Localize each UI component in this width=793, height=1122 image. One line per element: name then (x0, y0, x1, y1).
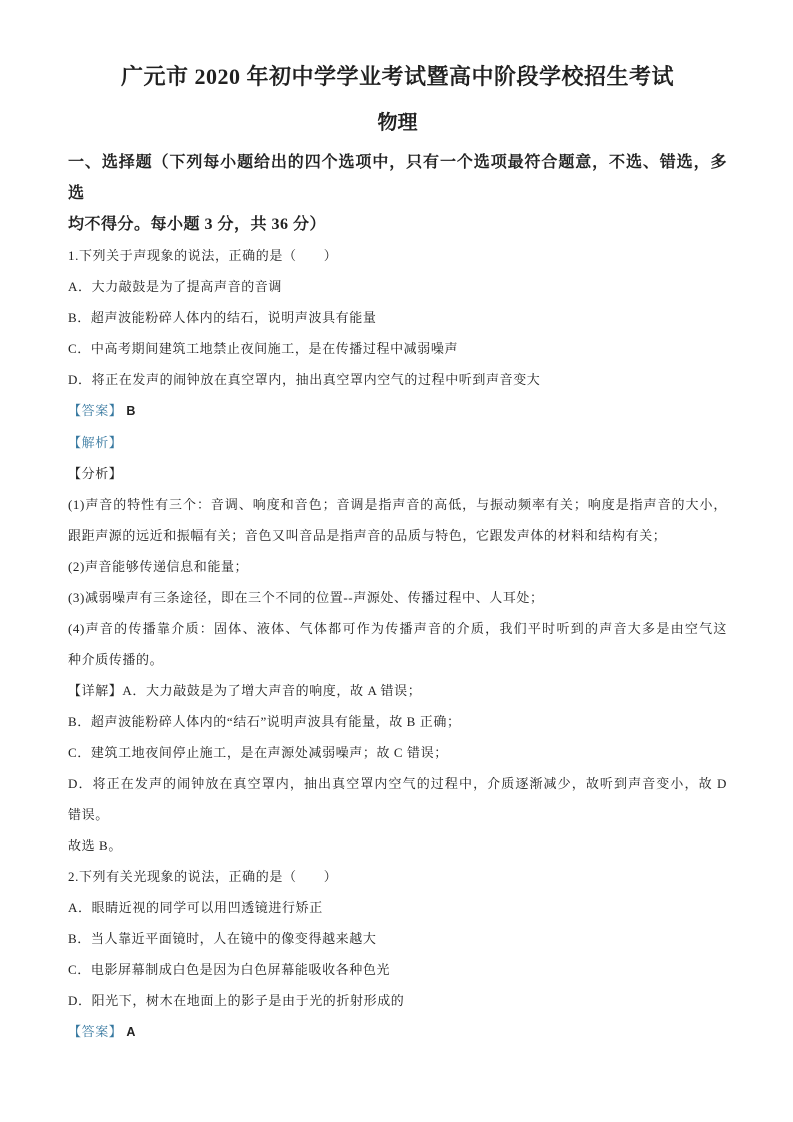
question-1-fenxi-line: 【分析】 (68, 458, 727, 489)
question-1-answer-line: 【答案】B (68, 395, 727, 427)
document-body: 1.下列关于声现象的说法，正确的是（ ） A．大力敲鼓是为了提高声音的音调 B．… (68, 240, 727, 1048)
question-1-detail-line-5: 错误。 (68, 799, 727, 830)
fenxi-label: 【分析】 (68, 466, 122, 481)
question-1-analysis-line-2: 跟距声源的远近和振幅有关；音色又叫音品是指声音的品质与特色，它跟发声体的材料和结… (68, 520, 727, 551)
question-2-option-b: B．当人靠近平面镜时，人在镜中的像变得越来越大 (68, 923, 727, 954)
exam-title: 广元市 2020 年初中学学业考试暨高中阶段学校招生考试 (68, 62, 727, 92)
question-2-stem: 2.下列有关光现象的说法，正确的是（ ） (68, 861, 727, 892)
question-1-detail-line-4: D．将正在发声的闹钟放在真空罩内，抽出真空罩内空气的过程中，介质逐渐减少，故听到… (68, 768, 727, 799)
question-2-option-d: D．阳光下，树木在地面上的影子是由于光的折射形成的 (68, 985, 727, 1016)
question-1-detail-line-2: B．超声波能粉碎人体内的“结石”说明声波具有能量，故 B 正确； (68, 706, 727, 737)
question-1-stem: 1.下列关于声现象的说法，正确的是（ ） (68, 240, 727, 271)
question-1-analysis-line-5: (4)声音的传播靠介质：固体、液体、气体都可作为传播声音的介质，我们平时听到的声… (68, 613, 727, 644)
question-1-option-a: A．大力敲鼓是为了提高声音的音调 (68, 271, 727, 302)
question-2-option-a: A．眼睛近视的同学可以用凹透镜进行矫正 (68, 892, 727, 923)
question-1-option-c: C．中高考期间建筑工地禁止夜间施工，是在传播过程中减弱噪声 (68, 333, 727, 364)
answer-label: 【答案】 (68, 1024, 122, 1039)
question-2-answer-line: 【答案】A (68, 1016, 727, 1048)
question-1-analysis-line-4: (3)减弱噪声有三条途径，即在三个不同的位置--声源处、传播过程中、人耳处； (68, 582, 727, 613)
jiexi-label: 【解析】 (68, 435, 122, 450)
question-1-detail-line-3: C．建筑工地夜间停止施工，是在声源处减弱噪声；故 C 错误； (68, 737, 727, 768)
subject-title: 物理 (68, 108, 727, 138)
question-1-jiexi-line: 【解析】 (68, 427, 727, 458)
question-1-option-d: D．将正在发声的闹钟放在真空罩内，抽出真空罩内空气的过程中听到声音变大 (68, 364, 727, 395)
question-1-analysis-line-6: 种介质传播的。 (68, 644, 727, 675)
question-1-option-b: B．超声波能粉碎人体内的结石，说明声波具有能量 (68, 302, 727, 333)
document-page: 广元市 2020 年初中学学业考试暨高中阶段学校招生考试 物理 一、选择题（下列… (0, 0, 793, 1122)
section-header: 一、选择题（下列每小题给出的四个选项中，只有一个选项最符合题意，不选、错选，多选… (68, 147, 727, 240)
answer-label: 【答案】 (68, 403, 122, 418)
question-1-detail-line-1: 【详解】A．大力敲鼓是为了增大声音的响度，故 A 错误； (68, 675, 727, 706)
section-header-line-2: 均不得分。每小题 3 分，共 36 分） (68, 209, 727, 240)
question-2-option-c: C．电影屏幕制成白色是因为白色屏幕能吸收各种色光 (68, 954, 727, 985)
answer-value: B (126, 404, 136, 418)
question-1-conclusion: 故选 B。 (68, 830, 727, 861)
section-header-line-1: 一、选择题（下列每小题给出的四个选项中，只有一个选项最符合题意，不选、错选，多选 (68, 147, 727, 209)
answer-value: A (126, 1025, 136, 1039)
question-1-analysis-line-3: (2)声音能够传递信息和能量； (68, 551, 727, 582)
question-1-analysis-line-1: (1)声音的特性有三个：音调、响度和音色；音调是指声音的高低，与振动频率有关；响… (68, 489, 727, 520)
